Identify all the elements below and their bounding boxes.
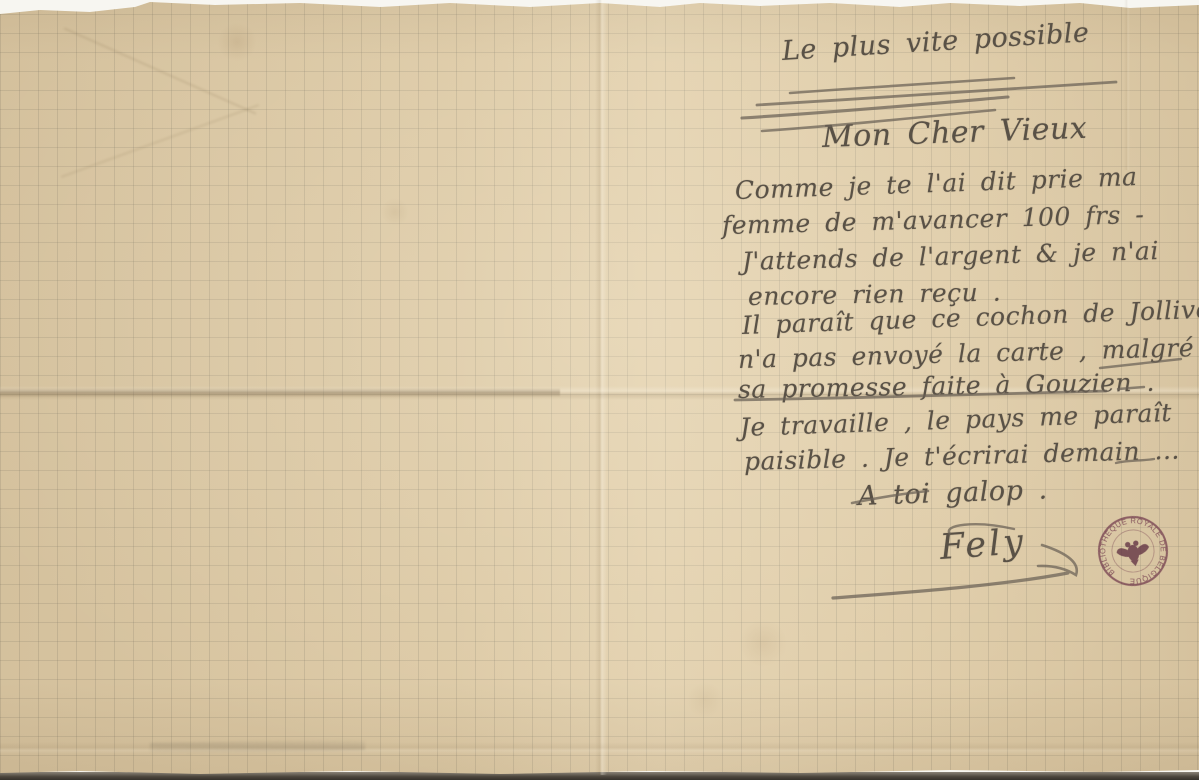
signature: Fely: [939, 522, 1028, 568]
double-eagle-icon: [1115, 538, 1152, 569]
letter-scan: Le plus vite possible Mon Cher Vieux Com…: [0, 0, 1199, 780]
closing-line: A toi galop .: [857, 474, 1048, 512]
library-stamp: BIBLIOTHÈQUE ROYALE DE BELGIQUE: [1090, 508, 1176, 594]
